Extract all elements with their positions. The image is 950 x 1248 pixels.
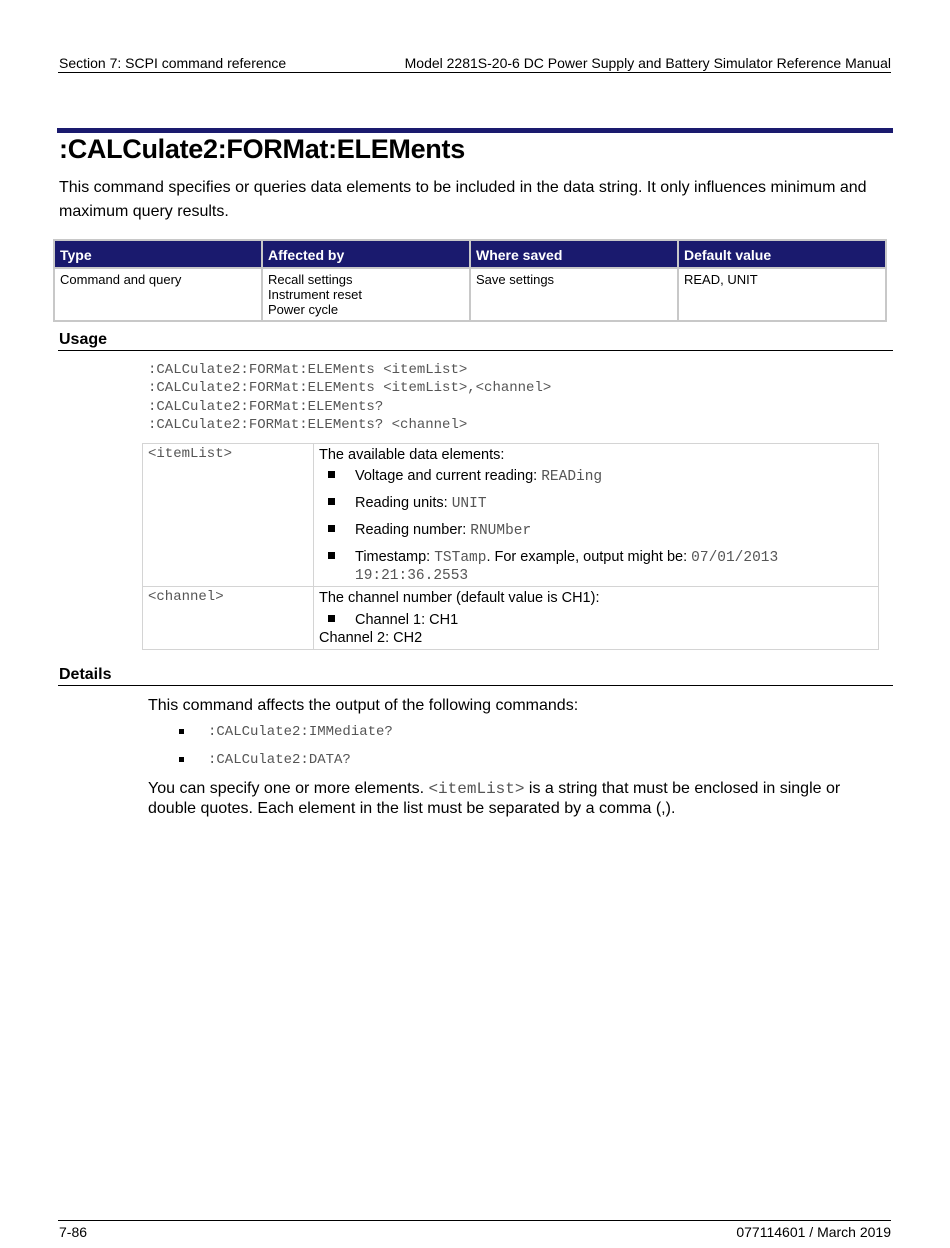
usage-heading: Usage [58,330,893,351]
cell-affected-by: Recall settings Instrument reset Power c… [263,269,469,320]
affected-item: Power cycle [268,302,464,317]
document-number: 077114601 / March 2019 [736,1224,891,1240]
parameters-table: <itemList> The available data elements: … [142,443,879,650]
param-row-channel: <channel> The channel number (default va… [143,587,879,650]
param-name: <channel> [143,587,314,650]
section-label: Section 7: SCPI command reference [59,55,286,71]
usage-line: :CALCulate2:FORMat:ELEMents? <channel> [148,416,551,434]
note-text: You can specify one or more elements. [148,780,428,797]
page-title: :CALCulate2:FORMat:ELEMents [59,134,465,165]
item-code: RNUMber [470,523,531,539]
header-affected-by: Affected by [263,241,469,267]
usage-line: :CALCulate2:FORMat:ELEMents? [148,398,551,416]
cell-default-value: READ, UNIT [679,269,885,320]
table-row: Command and query Recall settings Instru… [55,269,885,320]
usage-line: :CALCulate2:FORMat:ELEMents <itemList> [148,361,551,379]
param-row-itemlist: <itemList> The available data elements: … [143,444,879,587]
page-footer: 7-86 077114601 / March 2019 [58,1220,891,1221]
param-description: The channel number (default value is CH1… [314,587,879,650]
list-item: :CALCulate2:DATA? [148,751,878,769]
usage-heading-text: Usage [59,331,107,349]
title-rule [57,128,893,133]
item-code: READing [541,469,602,485]
command-info-table: Type Affected by Where saved Default val… [53,239,887,322]
note-code: <itemList> [428,780,524,798]
header-type: Type [55,241,261,267]
page-header: Section 7: SCPI command reference Model … [58,54,891,73]
list-item: Reading units: UNIT [319,495,873,513]
cell-type: Command and query [55,269,261,320]
param-intro: The channel number (default value is CH1… [319,589,873,607]
manual-title: Model 2281S-20-6 DC Power Supply and Bat… [405,55,891,71]
details-intro: This command affects the output of the f… [148,696,878,715]
table-header-row: Type Affected by Where saved Default val… [55,241,885,267]
param-description: The available data elements: Voltage and… [314,444,879,587]
details-block: This command affects the output of the f… [148,696,878,818]
item-code: UNIT [452,496,487,512]
list-item: Timestamp: TSTamp. For example, output m… [319,549,873,585]
item-label: Voltage and current reading: [355,468,541,484]
list-item: Reading number: RNUMber [319,522,873,540]
intro-paragraph: This command specifies or queries data e… [59,176,879,224]
list-item: Channel 1: CH1 [319,612,873,629]
page-number: 7-86 [59,1224,87,1240]
item-suffix: . For example, output might be: [486,549,691,565]
affected-item: Instrument reset [268,287,464,302]
channel-list: Channel 1: CH1 [319,612,873,629]
affected-item: Recall settings [268,272,464,287]
details-note: You can specify one or more elements. <i… [148,779,878,818]
cell-where-saved: Save settings [471,269,677,320]
item-label: Timestamp: [355,549,434,565]
details-heading-text: Details [59,666,111,684]
item-label: Reading units: [355,495,452,511]
channel-trailing: Channel 2: CH2 [319,629,873,647]
usage-block: :CALCulate2:FORMat:ELEMents <itemList> :… [148,361,551,434]
affected-commands-list: :CALCulate2:IMMediate? :CALCulate2:DATA? [148,723,878,769]
header-default-value: Default value [679,241,885,267]
list-item: Voltage and current reading: READing [319,468,873,486]
item-label: Reading number: [355,522,470,538]
item-code: TSTamp [434,550,486,566]
details-heading: Details [58,665,893,686]
element-list: Voltage and current reading: READing Rea… [319,468,873,585]
list-item: :CALCulate2:IMMediate? [148,723,878,741]
param-intro: The available data elements: [319,446,873,464]
header-where-saved: Where saved [471,241,677,267]
usage-line: :CALCulate2:FORMat:ELEMents <itemList>,<… [148,379,551,397]
param-name: <itemList> [143,444,314,587]
